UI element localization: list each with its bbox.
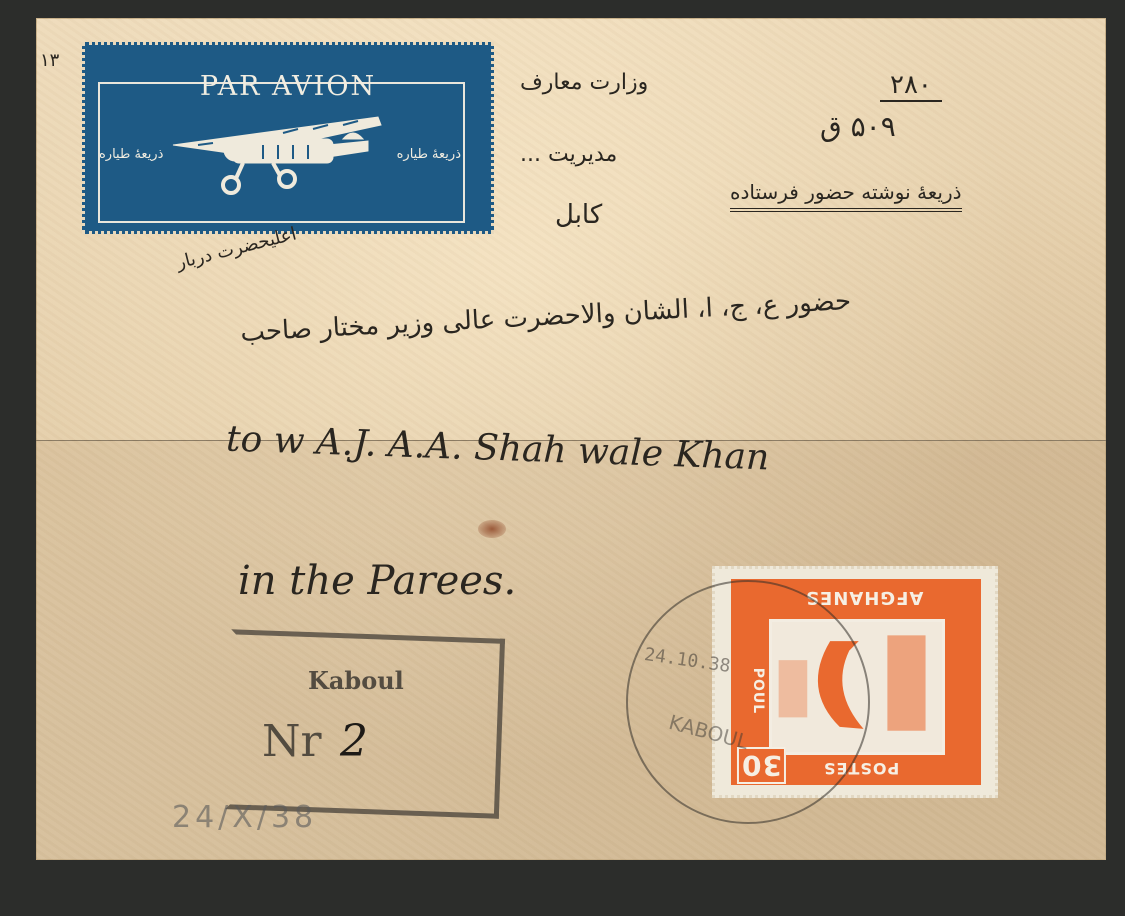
registration-city: Kaboul — [308, 666, 404, 695]
airmail-persian-left: ذریعهٔ طیاره — [99, 147, 163, 162]
persian-reference-number: ۲۸۰ — [880, 70, 942, 102]
persian-reference-code: ۵۰۹ ق — [820, 110, 896, 143]
stain — [478, 520, 506, 538]
persian-city: کابل — [555, 200, 602, 230]
airmail-label: PAR AVION ذریعهٔ طیاره ذریعهٔ طیاره — [82, 42, 494, 234]
address-line-2: in the Parees. — [238, 558, 516, 604]
corner-note: ۱۳ — [40, 50, 59, 71]
airmail-title: PAR AVION — [85, 71, 491, 102]
registration-number: 2 — [340, 716, 368, 767]
persian-ministry: وزارت معارف — [520, 70, 648, 95]
airmail-persian-right: ذریعهٔ طیاره — [397, 147, 461, 162]
postmark-circle — [626, 580, 870, 824]
persian-directorate: مدیریت ... — [520, 142, 617, 167]
registration-prefix: Nr — [262, 716, 322, 767]
persian-dispatch-note: ذریعهٔ نوشته حضور فرستاده — [730, 180, 962, 212]
airplane-icon — [163, 105, 393, 195]
pencil-date: 24/X/38 — [172, 800, 317, 835]
